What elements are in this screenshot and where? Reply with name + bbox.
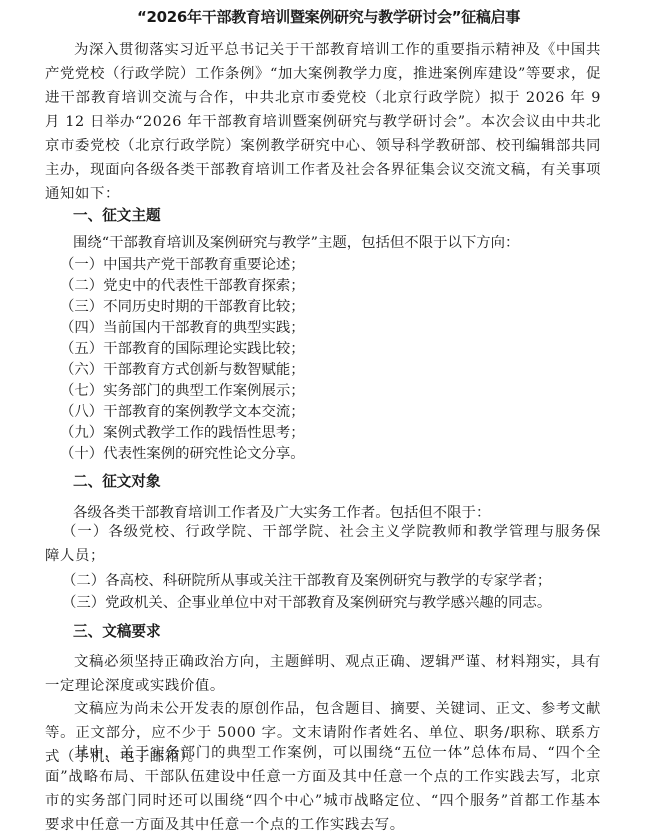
theme-item-4: （四）当前国内干部教育的典型实践； (60, 318, 616, 338)
theme-item-2: （二）党史中的代表性干部教育探索； (60, 276, 616, 296)
section-heading-audience: 二、征文对象 (73, 470, 161, 491)
theme-item-3: （三）不同历史时期的干部教育比较； (60, 297, 616, 317)
audience-item-2: （二）各高校、科研院所从事或关注干部教育及案例研究与教学的专家学者； (62, 571, 618, 591)
document-page: “2026年干部教育培训暨案例研究与教学研讨会”征稿启事 为深入贯彻落实习近平总… (0, 0, 657, 836)
section-heading-requirements: 三、文稿要求 (73, 620, 161, 641)
requirements-paragraph-3: 其中，关于实务部门的典型工作案例，可以围绕“五位一体”总体布局、“四个全面”战略… (45, 741, 601, 836)
theme-item-1: （一）中国共产党干部教育重要论述； (60, 255, 616, 275)
document-title: “2026年干部教育培训暨案例研究与教学研讨会”征稿启事 (0, 6, 657, 27)
requirements-paragraph-1: 文稿必须坚持正确政治方向，主题鲜明、观点正确、逻辑严谨、材料翔实，具有一定理论深… (45, 650, 601, 698)
section-lead-theme: 围绕“干部教育培训及案例研究与教学”主题，包括但不限于以下方向： (73, 233, 629, 253)
intro-paragraph: 为深入贯彻落实习近平总书记关于干部教育培训工作的重要指示精神及《中国共产党党校（… (45, 38, 601, 206)
theme-item-9: （九）案例式教学工作的践悟性思考； (60, 423, 616, 443)
section-heading-theme: 一、征文主题 (73, 204, 161, 225)
theme-item-7: （七）实务部门的典型工作案例展示； (60, 381, 616, 401)
theme-item-6: （六）干部教育方式创新与数智赋能； (60, 360, 616, 380)
theme-item-8: （八）干部教育的案例教学文本交流； (60, 402, 616, 422)
audience-item-3: （三）党政机关、企事业单位中对干部教育及案例研究与教学感兴趣的同志。 (62, 593, 618, 613)
theme-item-10: （十）代表性案例的研究性论文分享。 (60, 444, 616, 464)
audience-item-1: （一）各级党校、行政学院、干部学院、社会主义学院教师和教学管理与服务保障人员； (45, 520, 601, 568)
theme-item-5: （五）干部教育的国际理论实践比较； (60, 339, 616, 359)
